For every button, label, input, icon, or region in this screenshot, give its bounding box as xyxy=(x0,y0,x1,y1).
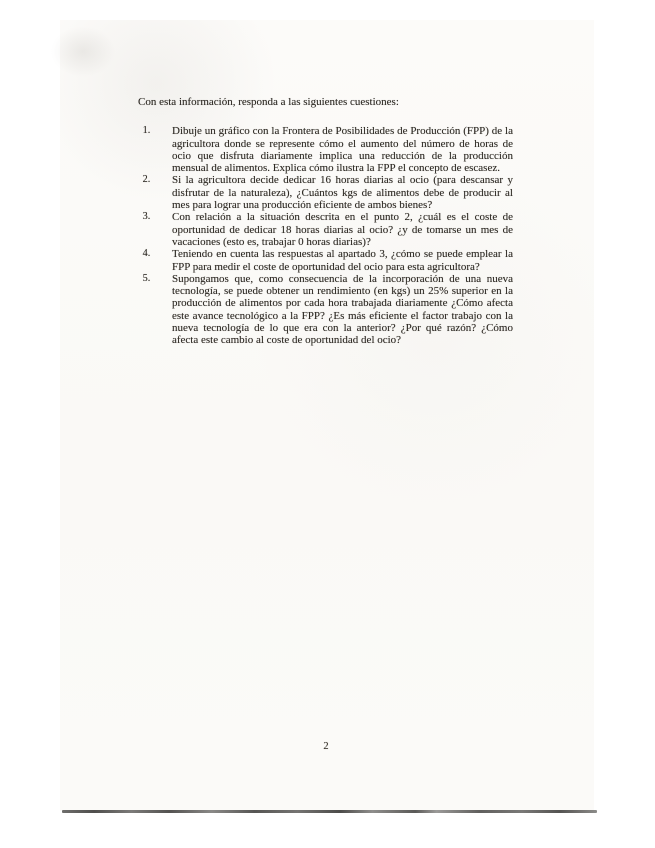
question-text: Si la agricultora decide dedicar 16 hora… xyxy=(172,174,513,211)
question-list: 1. Dibuje un gráfico con la Frontera de … xyxy=(138,125,514,346)
question-item: 4. Teniendo en cuenta las respuestas al … xyxy=(138,248,514,273)
question-number: 1. xyxy=(138,125,155,137)
question-item: 5. Supongamos que, como consecuencia de … xyxy=(138,273,514,347)
question-number: 4. xyxy=(138,248,155,260)
question-text: Supongamos que, como consecuencia de la … xyxy=(172,273,513,347)
question-item: 1. Dibuje un gráfico con la Frontera de … xyxy=(138,125,514,174)
intro-text: Con esta información, responda a las sig… xyxy=(138,96,514,108)
question-number: 5. xyxy=(138,273,155,285)
scan-page: Con esta información, responda a las sig… xyxy=(0,0,655,848)
scan-bottom-edge xyxy=(62,810,597,813)
page-number: 2 xyxy=(138,741,514,752)
question-number: 3. xyxy=(138,211,155,223)
scan-smudge xyxy=(48,24,118,79)
question-item: 3. Con relación a la situación descrita … xyxy=(138,211,514,248)
question-text: Dibuje un gráfico con la Frontera de Pos… xyxy=(172,125,513,174)
question-text: Teniendo en cuenta las respuestas al apa… xyxy=(172,248,513,273)
question-text: Con relación a la situación descrita en … xyxy=(172,211,513,248)
question-number: 2. xyxy=(138,174,155,186)
question-item: 2. Si la agricultora decide dedicar 16 h… xyxy=(138,174,514,211)
document-content: Con esta información, responda a las sig… xyxy=(138,96,514,347)
document-page: Con esta información, responda a las sig… xyxy=(60,20,594,811)
